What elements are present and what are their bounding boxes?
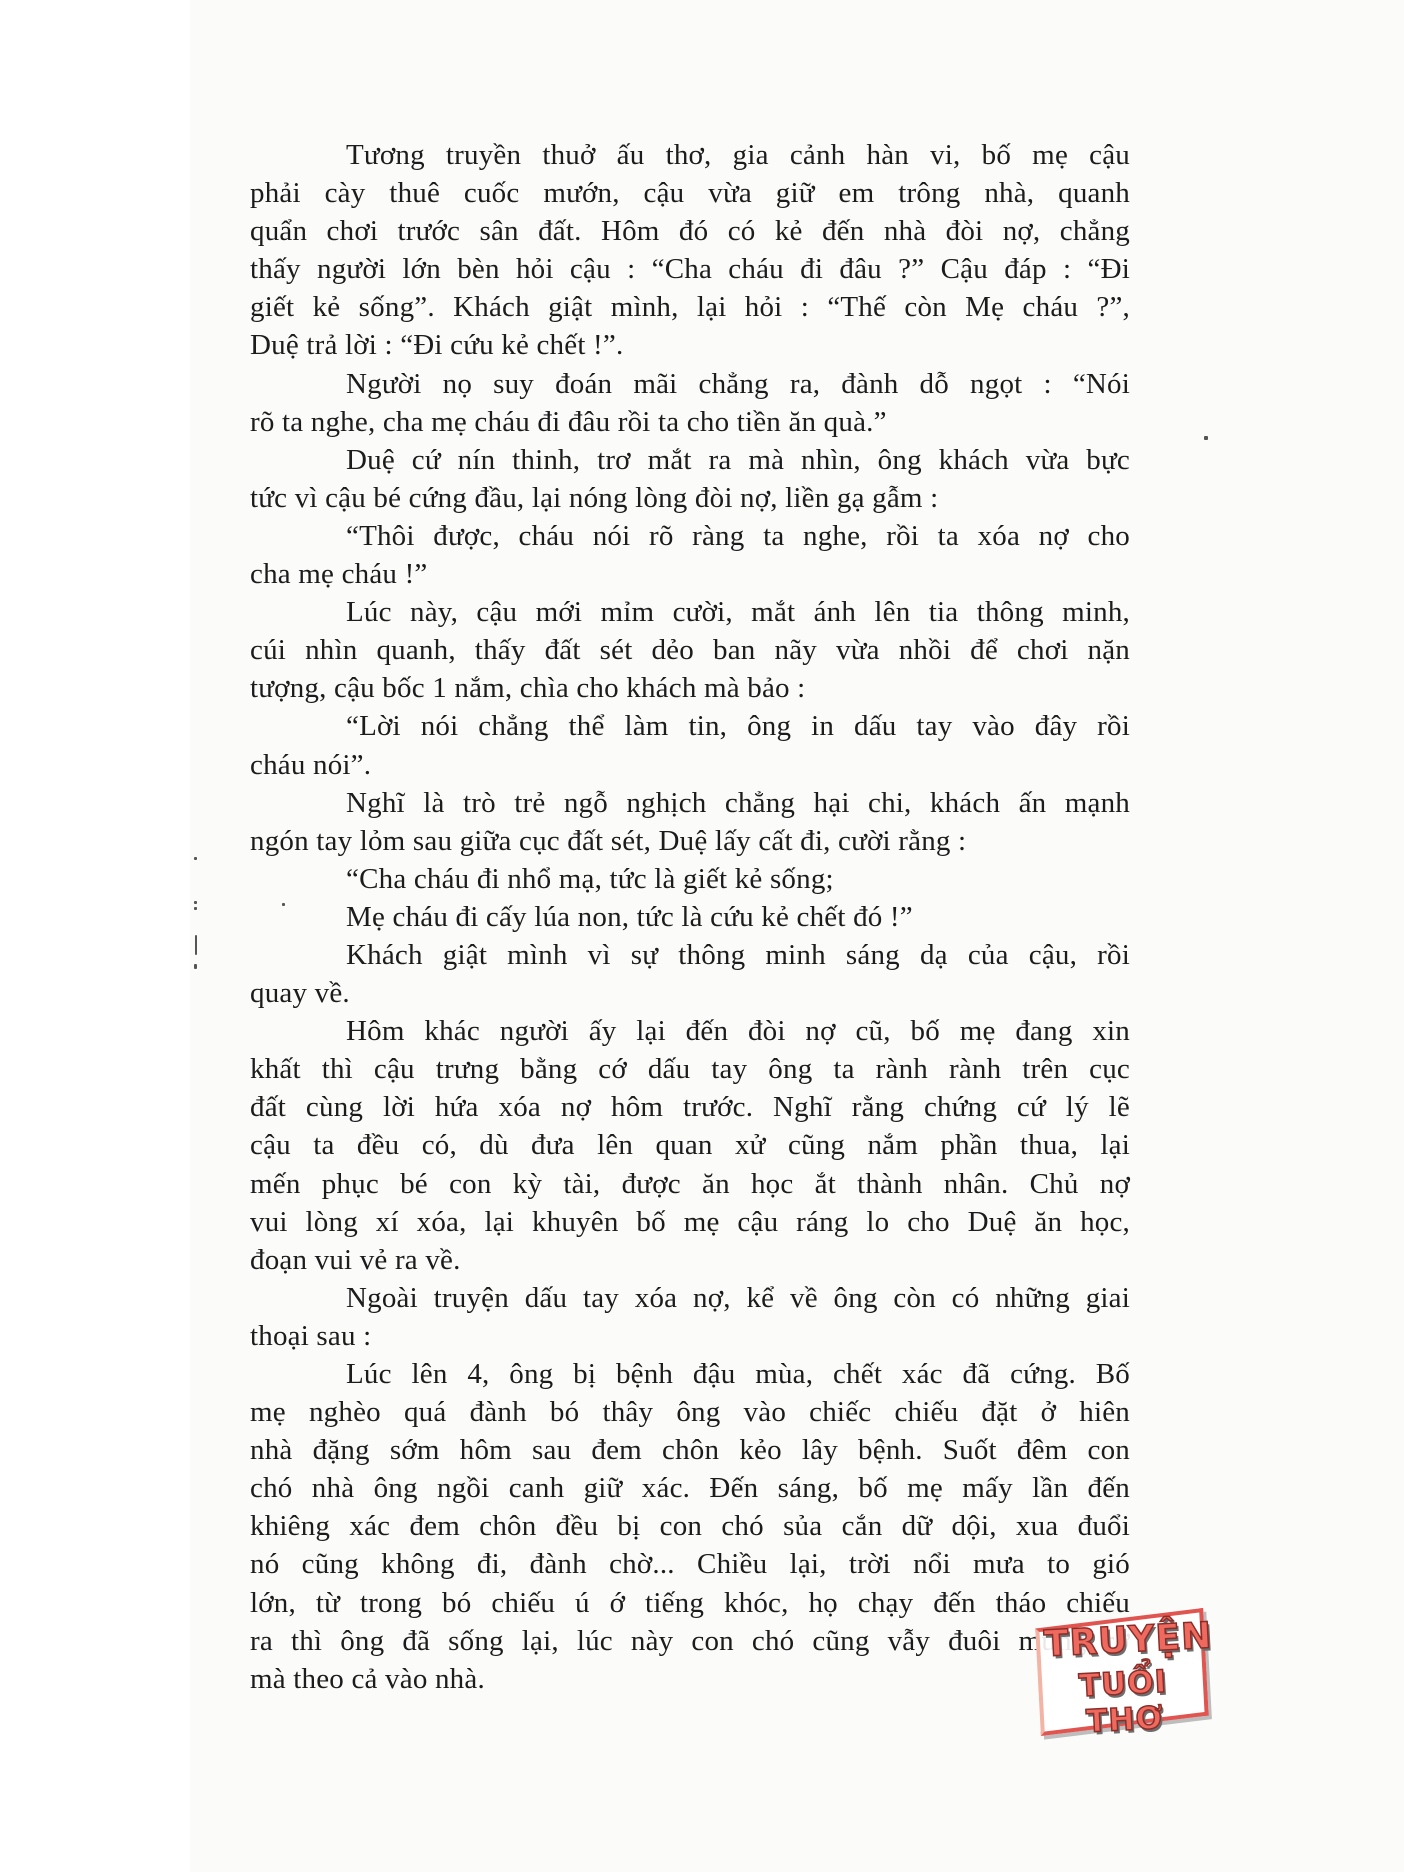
text-line: thoại sau : xyxy=(250,1317,1130,1355)
logo-text-line2: TUỔI THƠ xyxy=(1042,1662,1206,1742)
text-line: Ngoài truyện dấu tay xóa nợ, kể về ông c… xyxy=(250,1279,1130,1317)
text-line: vui lòng xí xóa, lại khuyên bố mẹ cậu rá… xyxy=(250,1203,1130,1241)
scan-speck xyxy=(194,901,197,904)
text-line: khất thì cậu trưng bằng cớ dấu tay ông t… xyxy=(250,1050,1130,1088)
text-line: chó nhà ông ngồi canh giữ xác. Đến sáng,… xyxy=(250,1469,1130,1507)
text-line: phải cày thuê cuốc mướn, cậu vừa giữ em … xyxy=(250,174,1130,212)
text-line: ra thì ông đã sống lại, lúc này con chó … xyxy=(250,1622,1130,1660)
text-line: Người nọ suy đoán mãi chẳng ra, đành dỗ … xyxy=(250,365,1130,403)
scan-speck xyxy=(1204,436,1208,440)
text-line: ngón tay lỏm sau giữa cục đất sét, Duệ l… xyxy=(250,822,1130,860)
scan-speck xyxy=(194,857,197,860)
scan-speck xyxy=(194,964,197,969)
text-line: khiêng xác đem chôn đều bị con chó sủa c… xyxy=(250,1507,1130,1545)
scan-speck xyxy=(194,907,197,910)
text-line: “Cha cháu đi nhổ mạ, tức là giết kẻ sống… xyxy=(250,860,1130,898)
text-line: đoạn vui vẻ ra về. xyxy=(250,1241,1130,1279)
text-line: “Lời nói chẳng thể làm tin, ông in dấu t… xyxy=(250,707,1130,745)
text-line: quay về. xyxy=(250,974,1130,1012)
text-line: Duệ cứ nín thinh, trơ mắt ra mà nhìn, ôn… xyxy=(250,441,1130,479)
text-line: quẩn chơi trước sân đất. Hôm đó có kẻ đế… xyxy=(250,212,1130,250)
text-line: thấy người lớn bèn hỏi cậu : “Cha cháu đ… xyxy=(250,250,1130,288)
text-line: Lúc lên 4, ông bị bệnh đậu mùa, chết xác… xyxy=(250,1355,1130,1393)
text-line: Duệ trả lời : “Đi cứu kẻ chết !”. xyxy=(250,326,1130,364)
text-line: “Thôi được, cháu nói rõ ràng ta nghe, rồ… xyxy=(250,517,1130,555)
text-line: mà theo cả vào nhà. xyxy=(250,1660,1130,1698)
text-line: cha mẹ cháu !” xyxy=(250,555,1130,593)
text-line: mến phục bé con kỳ tài, được ăn học ắt t… xyxy=(250,1165,1130,1203)
text-line: giết kẻ sống”. Khách giật mình, lại hỏi … xyxy=(250,288,1130,326)
text-line: tượng, cậu bốc 1 nắm, chìa cho khách mà … xyxy=(250,669,1130,707)
text-line: Hôm khác người ấy lại đến đòi nợ cũ, bố … xyxy=(250,1012,1130,1050)
text-line: mẹ nghèo quá đành bó thây ông vào chiếc … xyxy=(250,1393,1130,1431)
logo-text-line1: TRUYỆN xyxy=(1043,1616,1205,1665)
text-line: nhà đặng sớm hôm sau đem chôn kẻo lây bệ… xyxy=(250,1431,1130,1469)
text-line: cúi nhìn quanh, thấy đất sét dẻo ban nãy… xyxy=(250,631,1130,669)
text-line: Lúc này, cậu mới mỉm cười, mắt ánh lên t… xyxy=(250,593,1130,631)
body-text: Tương truyền thuở ấu thơ, gia cảnh hàn v… xyxy=(250,136,1130,1698)
text-line: đất cùng lời hứa xóa nợ hôm trước. Nghĩ … xyxy=(250,1088,1130,1126)
text-line: rõ ta nghe, cha mẹ cháu đi đâu rồi ta ch… xyxy=(250,403,1130,441)
scan-speck xyxy=(195,935,197,955)
text-line: lớn, từ trong bó chiếu ú ớ tiếng khóc, h… xyxy=(250,1584,1130,1622)
text-line: cậu ta đều có, dù đưa lên quan xử cũng n… xyxy=(250,1126,1130,1164)
text-line: Tương truyền thuở ấu thơ, gia cảnh hàn v… xyxy=(250,136,1130,174)
text-line: Nghĩ là trò trẻ ngỗ nghịch chẳng hại chi… xyxy=(250,784,1130,822)
text-line: Mẹ cháu đi cấy lúa non, tức là cứu kẻ ch… xyxy=(250,898,1130,936)
text-line: cháu nói”. xyxy=(250,746,1130,784)
truyen-tuoi-tho-logo: TRUYỆN TUỔI THƠ xyxy=(1032,1608,1208,1730)
text-line: tức vì cậu bé cứng đầu, lại nóng lòng đò… xyxy=(250,479,1130,517)
text-line: Khách giật mình vì sự thông minh sáng dạ… xyxy=(250,936,1130,974)
text-line: nó cũng không đi, đành chờ... Chiều lại,… xyxy=(250,1545,1130,1583)
